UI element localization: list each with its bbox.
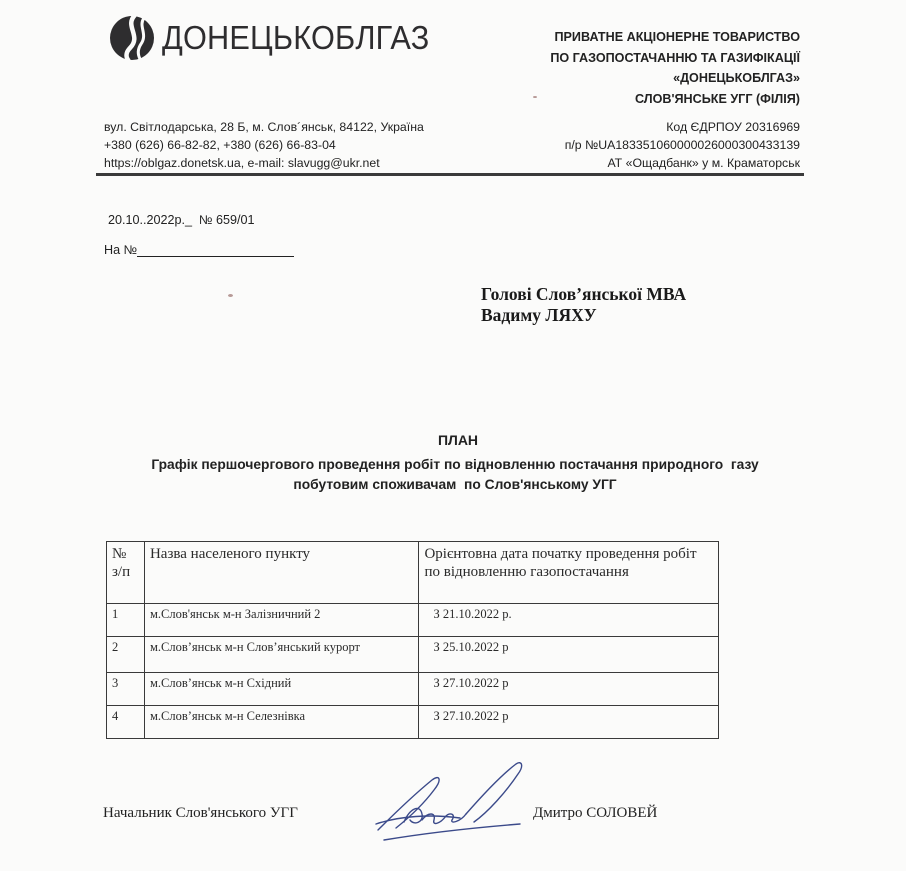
plan-title: ПЛАН [0,432,906,448]
scan-speck [228,294,233,297]
web-email-line: https://oblgaz.donetsk.ua, e-mail: slavu… [104,154,424,172]
header-date: Орієнтовна дата початку проведення робіт… [419,542,719,604]
row-date: З 27.10.2022 р [419,706,719,739]
letterhead-divider [96,173,804,176]
addressee-name: Вадиму ЛЯХУ [481,305,686,326]
org-line: «ДОНЕЦЬКОБЛГАЗ» [550,68,800,89]
row-date: З 25.10.2022 р [419,637,719,673]
plan-subtitle-line: Графік першочергового проведення робіт п… [100,455,810,475]
phone-line: +380 (626) 66-82-82, +380 (626) 66-83-04 [104,136,424,154]
scan-speck [533,96,537,98]
org-line: ПО ГАЗОПОСТАЧАННЮ ТА ГАЗИФІКАЦІЇ [550,48,800,69]
schedule-table: № з/п Назва населеного пункту Орієнтовна… [106,541,719,739]
row-number: 2 [107,637,145,673]
table-row: 4 м.Слов’янськ м-н Селезнівка З 27.10.20… [107,706,719,739]
company-logo: ДОНЕЦЬКОБЛГАЗ [108,14,450,62]
reference-number: На № [104,243,294,257]
table-header-row: № з/п Назва населеного пункту Орієнтовна… [107,542,719,604]
handwritten-signature [370,758,530,843]
edrpou-code: Код ЄДРПОУ 20316969 [565,118,800,136]
org-line: ПРИВАТНЕ АКЦІОНЕРНЕ ТОВАРИСТВО [550,27,800,48]
row-date: З 27.10.2022 р [419,673,719,706]
plan-subtitle-line: побутовим споживачам по Слов'янському УГ… [100,475,810,495]
row-number: 4 [107,706,145,739]
contact-address: вул. Світлодарська, 28 Б, м. Слов´янськ,… [104,118,424,172]
address-line: вул. Світлодарська, 28 Б, м. Слов´янськ,… [104,118,424,136]
row-place: м.Слов’янськ м-н Селезнівка [144,706,419,739]
flame-logo-icon [108,14,156,62]
plan-subtitle: Графік першочергового проведення робіт п… [100,455,810,495]
table-row: 1 м.Слов'янськ м-н Залізничний 2 З 21.10… [107,604,719,637]
outgoing-date-number: 20.10..2022р._ № 659/01 [108,213,255,227]
row-place: м.Слов’янськ м-н Слов’янський курорт [144,637,419,673]
bank-name: АТ «Ощадбанк» у м. Краматорськ [565,154,800,172]
row-number: 3 [107,673,145,706]
table-row: 3 м.Слов’янськ м-н Східний З 27.10.2022 … [107,673,719,706]
bank-account: п/р №UA183351060000026000300433139 [565,136,800,154]
reference-blank-line [137,244,294,257]
table-row: 2 м.Слов’янськ м-н Слов’янський курорт З… [107,637,719,673]
signatory-name: Дмитро СОЛОВЕЙ [533,805,657,822]
addressee-title: Голові Слов’янської МВА [481,284,686,305]
reference-label: На № [104,243,137,257]
bank-details: Код ЄДРПОУ 20316969 п/р №UA1833510600000… [565,118,800,172]
row-number: 1 [107,604,145,637]
header-number: № з/п [107,542,145,604]
signatory-position: Начальник Слов'янського УГГ [103,805,298,822]
org-line: СЛОВ'ЯНСЬКЕ УГГ (ФІЛІЯ) [550,89,800,110]
header-place: Назва населеного пункту [144,542,419,604]
row-place: м.Слов'янськ м-н Залізничний 2 [144,604,419,637]
logo-text: ДОНЕЦЬКОБЛГАЗ [162,19,429,57]
row-place: м.Слов’янськ м-н Східний [144,673,419,706]
organization-name: ПРИВАТНЕ АКЦІОНЕРНЕ ТОВАРИСТВО ПО ГАЗОПО… [550,27,800,109]
row-date: З 21.10.2022 р. [419,604,719,637]
addressee: Голові Слов’янської МВА Вадиму ЛЯХУ [481,284,686,326]
